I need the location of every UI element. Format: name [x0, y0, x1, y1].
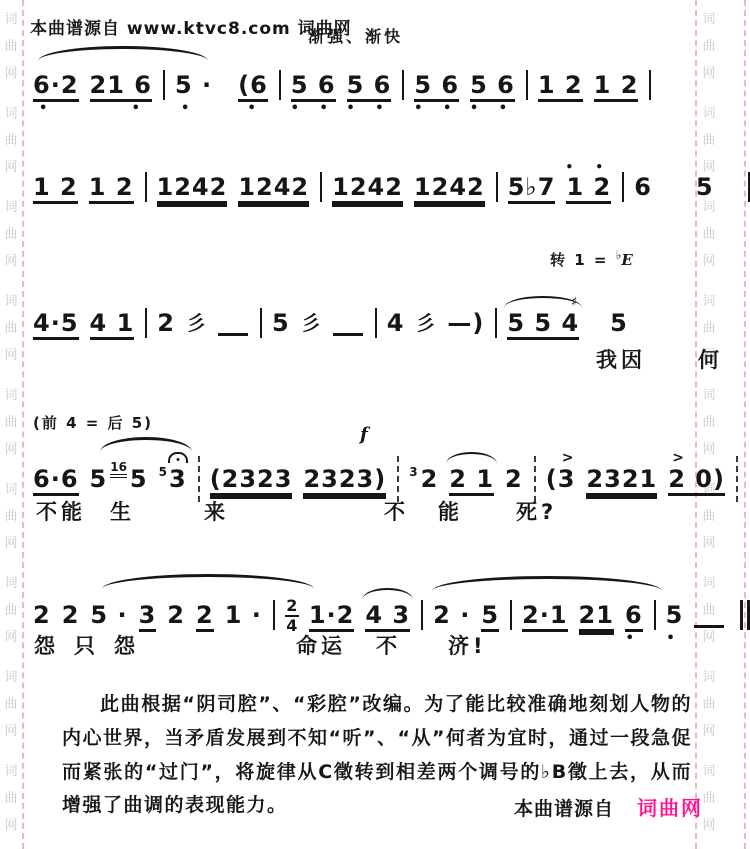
watermark-char: 曲: [4, 228, 17, 241]
octave-dot-below: •: [39, 102, 55, 115]
note-token: 5: [272, 311, 290, 340]
grace-note: 3: [409, 466, 417, 478]
note-token: 3: [169, 467, 187, 496]
lyric-word: 我因: [596, 344, 646, 374]
note-token: 2: [167, 603, 185, 632]
barline: [145, 172, 147, 202]
watermark-char: 网: [4, 255, 17, 268]
note-token: 4 1: [90, 311, 135, 340]
barline: [375, 308, 377, 338]
barline: [273, 600, 275, 630]
watermark-char: 网: [4, 67, 17, 80]
watermark-char: 词: [4, 295, 17, 308]
octave-dot-below: •: [248, 102, 264, 115]
dashed-barline: [198, 456, 200, 502]
note-token: 2: [157, 311, 175, 340]
note-token: 1·2: [309, 603, 355, 632]
music-line-2: 1 21 212421242124212425♭71 2• •65: [33, 160, 705, 212]
note-token: 2: [196, 603, 214, 632]
octave-dot-below: •: [666, 632, 682, 645]
note-token: 21 6•: [90, 73, 152, 102]
watermark-char: 词: [702, 389, 715, 402]
note-token: (2323: [210, 467, 293, 496]
meter-change-note: (前 4 = 后 5): [33, 412, 153, 433]
barline: [260, 308, 262, 338]
octave-dot-below: •: [132, 102, 148, 115]
modulation-key: E: [621, 251, 632, 269]
barline: [279, 70, 281, 100]
octave-dot-above: • •: [566, 161, 613, 173]
note-token: 5 5 4♯: [507, 311, 579, 340]
note-token: 1 ·: [225, 603, 262, 632]
lyric-word: 怨: [34, 630, 59, 660]
watermark-left: 词曲网词曲网词曲网词曲网词曲网词曲网词曲网词曲网词曲网: [3, 6, 19, 849]
note-token: 5 6• •: [347, 73, 392, 102]
note-token: 4·5: [33, 311, 79, 340]
watermark-char: 词: [702, 765, 715, 778]
barline: [421, 600, 423, 630]
lyric-word: 不: [376, 630, 401, 660]
note-token: 5: [481, 603, 499, 632]
fermata-dot: [176, 458, 179, 461]
watermark-char: 词: [702, 671, 715, 684]
dash-note: [218, 333, 248, 336]
note-token: 5•: [666, 603, 684, 632]
barline: [654, 600, 656, 630]
watermark-char: 网: [4, 537, 17, 550]
octave-dot-below: •: [626, 632, 642, 645]
dashed-barline: [736, 456, 738, 502]
watermark-char: 曲: [4, 416, 17, 429]
note-token: 5 6• •: [470, 73, 515, 102]
lyric-word: 不: [384, 496, 409, 526]
note-token: 5: [610, 311, 628, 340]
lyric-word: 命运: [296, 630, 346, 660]
dash-note: [333, 333, 363, 336]
watermark-char: 曲: [702, 792, 715, 805]
note-token: (3>: [546, 467, 576, 496]
right-edge-dashed-border: [744, 0, 746, 849]
barline: [402, 70, 404, 100]
note-token: 1 2: [538, 73, 583, 102]
watermark-char: 网: [702, 819, 715, 832]
barline: [622, 172, 624, 202]
music-line-1: 6·2•21 6•5 ·•(6•5 6• •5 6• •5 6• •5 6• •…: [33, 58, 705, 110]
note-token: 1242: [332, 175, 403, 204]
lyric-word: 何: [698, 344, 723, 374]
watermark-char: 词: [4, 107, 17, 120]
barline: [496, 172, 498, 202]
note-token: 6·6: [33, 467, 79, 496]
tremolo-mark: 彡: [301, 307, 321, 336]
note-token: 1242: [238, 175, 309, 204]
watermark-char: 曲: [702, 40, 715, 53]
note-token: 2321: [586, 467, 657, 496]
slur-arc: [432, 576, 662, 591]
accent-mark: >: [672, 451, 684, 465]
watermark-char: 词: [4, 201, 17, 214]
watermark-char: 曲: [702, 510, 715, 523]
music-line-3: 4·54 12彡5彡4彡—)5 5 4♯5: [33, 296, 705, 348]
watermark-char: 词: [4, 671, 17, 684]
slur-arc: [100, 437, 192, 452]
barline: [510, 600, 512, 630]
note-token: (6•: [238, 73, 268, 102]
tremolo-mark: 彡: [415, 307, 435, 336]
watermark-char: 网: [4, 631, 17, 644]
note-token: 21: [579, 603, 614, 632]
octave-dot-below: • •: [470, 102, 515, 115]
watermark-char: 词: [4, 577, 17, 590]
octave-dot-below: •: [181, 102, 197, 115]
note-token: 2 ·: [433, 603, 470, 632]
barline: [748, 172, 750, 202]
sharp-icon: ♯: [571, 296, 577, 309]
lyric-word: 生: [110, 496, 135, 526]
tremolo-mark: 彡: [186, 307, 206, 336]
barline: [495, 308, 497, 338]
watermark-char: 曲: [4, 510, 17, 523]
time-signature-top: 2: [286, 598, 297, 614]
note-token: 2: [62, 603, 80, 632]
octave-dot-below: • •: [346, 102, 391, 115]
lyric-word: 怨: [114, 630, 139, 660]
note-token: 4 3: [365, 603, 410, 632]
note-token: 5 6• •: [414, 73, 459, 102]
watermark-right: 词曲网词曲网词曲网词曲网词曲网词曲网词曲网词曲网词曲网: [701, 6, 717, 849]
barline: [163, 70, 165, 100]
score-page: 词曲网词曲网词曲网词曲网词曲网词曲网词曲网词曲网词曲网 词曲网词曲网词曲网词曲网…: [0, 0, 750, 849]
footer-source-label: 本曲谱源自: [514, 794, 614, 821]
note-token: 1 2: [594, 73, 639, 102]
barline: [320, 172, 322, 202]
modulation-marking: 转 1 = ♭E: [550, 248, 633, 270]
note-token: 4: [387, 311, 405, 340]
note-token: 6·2•: [33, 73, 79, 102]
modulation-prefix: 转 1 =: [550, 251, 616, 269]
watermark-char: 词: [4, 483, 17, 496]
watermark-char: 词: [4, 389, 17, 402]
note-token: —): [447, 311, 484, 340]
watermark-char: 曲: [4, 698, 17, 711]
note-token: 6•: [625, 603, 643, 632]
note-token: 2 0)>: [668, 467, 725, 496]
watermark-char: 词: [4, 765, 17, 778]
accent-mark: >: [562, 451, 574, 465]
lyric-word: 不能: [36, 496, 86, 526]
note-token: 2: [33, 603, 51, 632]
note-token: 1242: [414, 175, 485, 204]
note-token: 5 ·: [90, 603, 127, 632]
watermark-char: 词: [4, 13, 17, 26]
note-token: 1 2: [89, 175, 134, 204]
source-attribution-header: 本曲谱源自 www.ktvc8.com 词曲网: [30, 14, 352, 39]
tempo-marking: 渐强、渐快: [308, 24, 403, 47]
watermark-char: 曲: [4, 40, 17, 53]
watermark-char: 词: [702, 13, 715, 26]
barline: [526, 70, 528, 100]
watermark-char: 网: [702, 255, 715, 268]
lyric-word: 只: [74, 630, 99, 660]
note-token: 5: [90, 467, 108, 496]
note-token: 1242: [157, 175, 228, 204]
watermark-char: 曲: [702, 416, 715, 429]
barline: [145, 308, 147, 338]
note-token: 1 2• •: [566, 175, 611, 204]
note-token: 2·1: [522, 603, 568, 632]
watermark-char: 网: [4, 443, 17, 456]
note-token: 5 6• •: [291, 73, 336, 102]
time-signature: 24: [285, 598, 299, 634]
final-barline: [740, 600, 750, 630]
watermark-char: 网: [4, 349, 17, 362]
watermark-char: 网: [702, 537, 715, 550]
note-token: 5♭7: [508, 175, 556, 204]
note-token: 6: [634, 175, 652, 204]
watermark-char: 曲: [702, 228, 715, 241]
watermark-char: 曲: [702, 134, 715, 147]
lyric-word: 死?: [516, 496, 557, 526]
watermark-char: 曲: [4, 604, 17, 617]
slur-arc: [102, 574, 314, 589]
barline: [649, 70, 651, 100]
dash-note: [694, 625, 724, 628]
left-dashed-border: [22, 0, 24, 849]
note-token: 2 1: [449, 467, 494, 496]
lyric-word: 能: [438, 496, 463, 526]
lyric-word: 来: [204, 496, 229, 526]
note-token: 5: [696, 175, 714, 204]
note-token: 2323): [303, 467, 386, 496]
watermark-char: 曲: [4, 792, 17, 805]
octave-dot-below: • •: [291, 102, 336, 115]
watermark-char: 曲: [702, 698, 715, 711]
grace-note: 5: [159, 466, 167, 478]
octave-dot-below: • •: [414, 102, 459, 115]
watermark-char: 曲: [4, 134, 17, 147]
note-token: 5 ·•: [175, 73, 212, 102]
right-dashed-border: [695, 0, 697, 849]
note-token: 2: [505, 467, 523, 496]
dynamic-marking: f: [360, 424, 368, 445]
watermark-char: 网: [4, 819, 17, 832]
note-token: 3: [139, 603, 157, 632]
watermark-char: 网: [4, 161, 17, 174]
note-token: 1 2: [33, 175, 78, 204]
watermark-char: 曲: [4, 322, 17, 335]
note-token: 2: [421, 467, 439, 496]
watermark-char: 网: [702, 725, 715, 738]
grace-note: 16: [110, 461, 127, 478]
slur-arc: [38, 46, 208, 61]
watermark-char: 网: [4, 725, 17, 738]
fermata-icon: [168, 452, 188, 463]
final-barline-stroke: [740, 600, 743, 630]
note-token: 5: [130, 467, 148, 496]
footer-brand-label: 词曲网: [637, 792, 703, 821]
lyric-word: 济!: [448, 630, 487, 660]
